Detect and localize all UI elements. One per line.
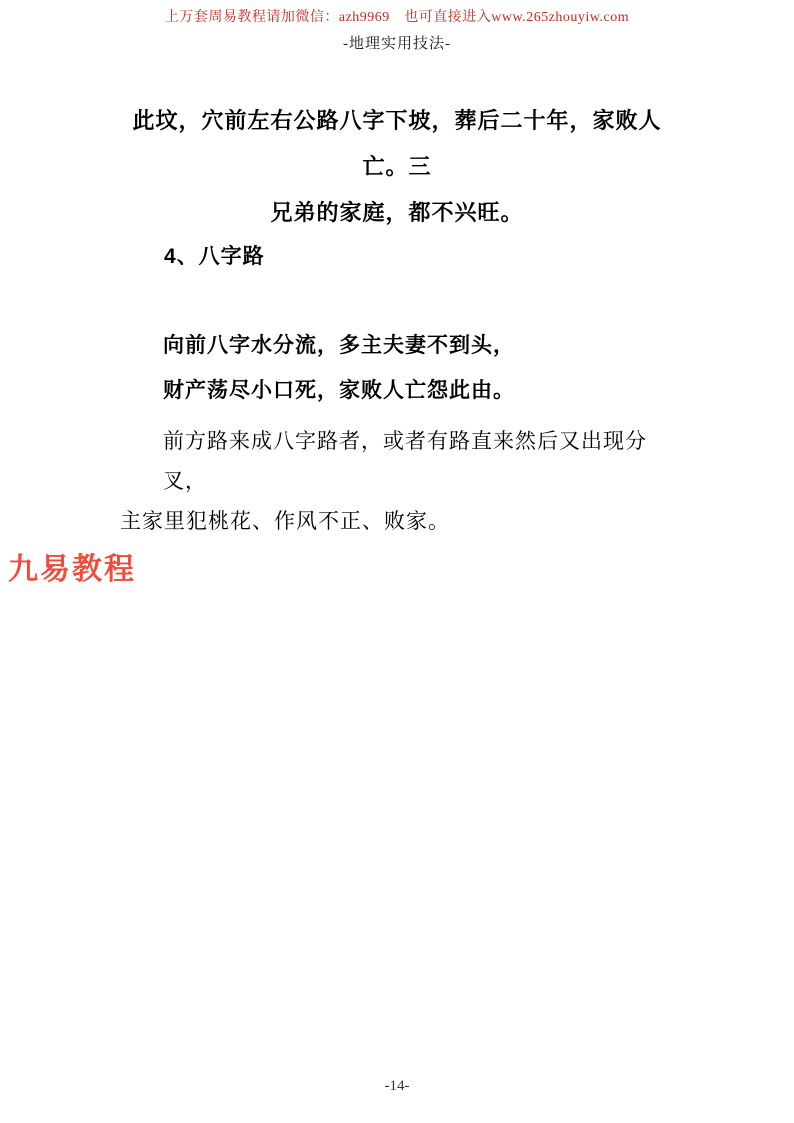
page-number: -14- <box>0 1078 794 1095</box>
document-page: 上万套周易教程请加微信：azh9969 也可直接进入www.265zhouyiw… <box>0 0 794 1123</box>
commentary-line-1: 前方路来成八字路者，或者有路直来然后又出现分叉， <box>120 422 678 502</box>
commentary-line-2: 主家里犯桃花、作风不正、败家。 <box>120 502 678 542</box>
document-series-title: -地理实用技法- <box>0 32 794 53</box>
intro-paragraph: 此坟，穴前左右公路八字下坡，葬后二十年，家败人亡。三 兄弟的家庭，都不兴旺。 <box>116 98 678 236</box>
commentary-paragraph: 前方路来成八字路者，或者有路直来然后又出现分叉， 主家里犯桃花、作风不正、败家。 <box>120 422 678 542</box>
brand-watermark: 九易教程 <box>8 544 136 588</box>
section-heading: 4、八字路 <box>164 240 265 270</box>
header-promo-text: 上万套周易教程请加微信：azh9969 也可直接进入www.265zhouyiw… <box>0 6 794 26</box>
verse-couplet: 向前八字水分流，多主夫妻不到头， 财产荡尽小口死，家败人亡怨此由。 <box>163 323 515 413</box>
intro-line-2: 兄弟的家庭，都不兴旺。 <box>116 190 678 236</box>
intro-line-1: 此坟，穴前左右公路八字下坡，葬后二十年，家败人亡。三 <box>116 98 678 190</box>
verse-line-1: 向前八字水分流，多主夫妻不到头， <box>163 323 515 368</box>
verse-line-2: 财产荡尽小口死，家败人亡怨此由。 <box>163 368 515 413</box>
